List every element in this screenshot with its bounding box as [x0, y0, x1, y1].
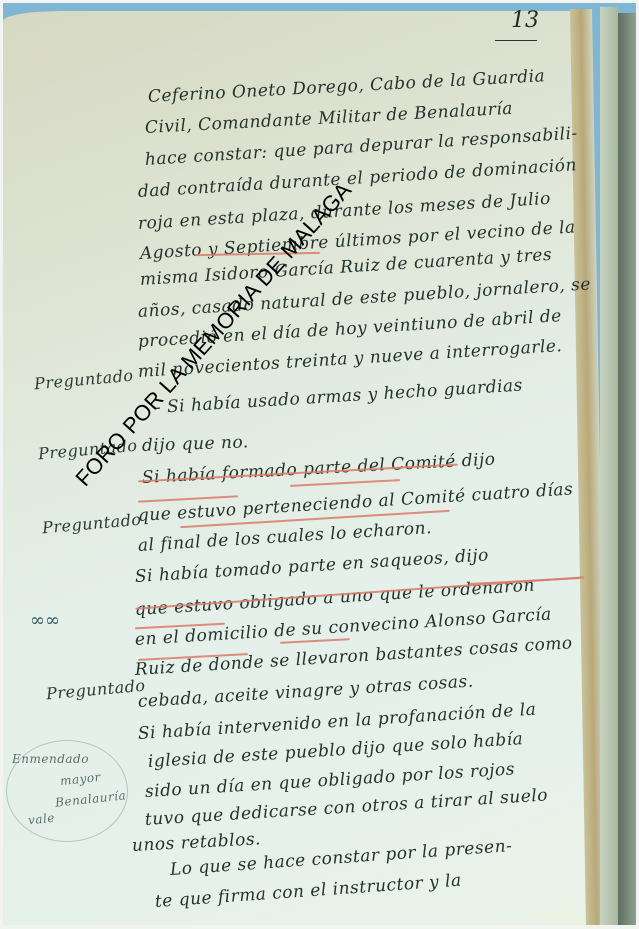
body-line: dijo que no. [142, 432, 249, 456]
margin-note-line: Enmendado [12, 752, 89, 766]
folio-number: 13 [505, 8, 545, 33]
page-edge [600, 7, 618, 925]
folio-underline [495, 40, 537, 41]
margin-symbol: ∞∞ [30, 610, 60, 631]
binder-edge [618, 13, 636, 925]
margin-note-line: vale [27, 811, 55, 828]
